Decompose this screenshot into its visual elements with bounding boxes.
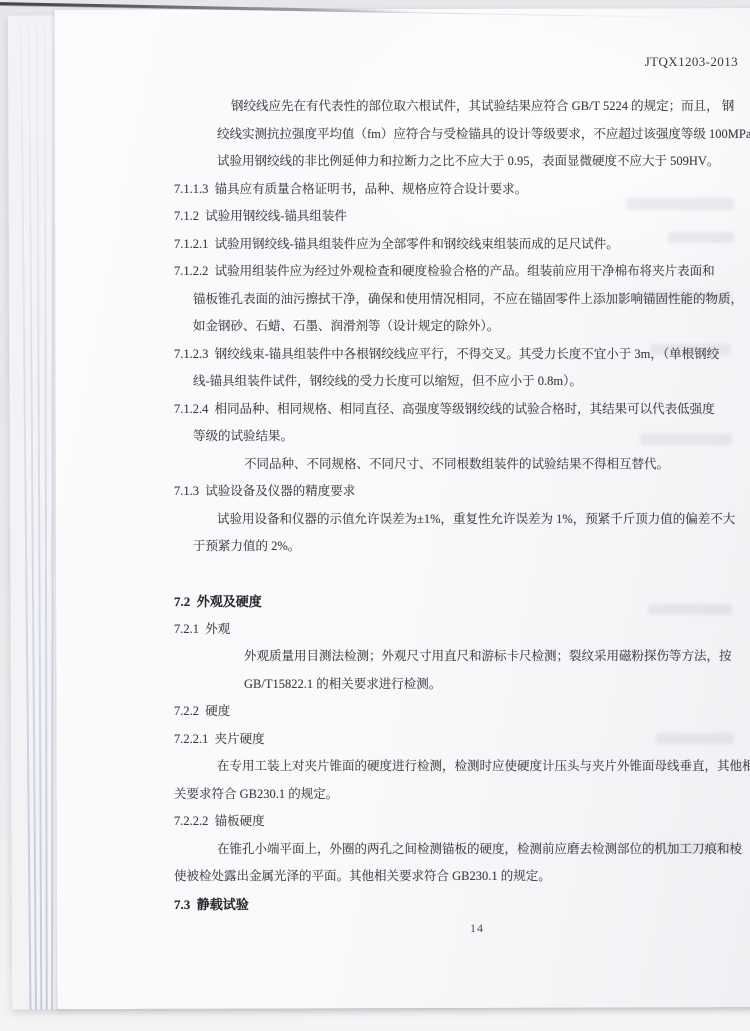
text-line: 等级的试验结果。 [174,423,750,451]
text-line: 7.1.2.3 钢绞线束-锚具组装件中各根钢绞线应平行，不得交叉。其受力长度不宜… [174,341,750,369]
text-line: 7.1.2 试验用钢绞线-锚具组装件 [174,203,750,231]
text-line: 7.2 外观及硬度 [174,588,750,616]
text-line: 7.1.1.3 锚具应有质量合格证明书，品种、规格应符合设计要求。 [174,176,750,204]
text-line: 钢绞线应先在有代表性的部位取六根试件，其试验结果应符合 GB/T 5224 的规… [174,93,750,121]
scanned-page-scene: JTQX1203-2013 钢绞线应先在有代表性的部位取六根试件，其试验结果应符… [0,0,750,1031]
text-line: 线-锚具组装件试件，钢绞线的受力长度可以缩短，但不应小于 0.8m）。 [174,368,750,396]
text-line: 7.2.2.1 夹片硬度 [174,726,750,754]
text-line: 试验用钢绞线的非比例延伸力和拉断力之比不应大于 0.95，表面显微硬度不应大于 … [174,148,750,176]
text-line: 使被检处露出金属光泽的平面。其他相关要求符合 GB230.1 的规定。 [174,863,750,891]
text-line: 如金钢砂、石蜡、石墨、润滑剂等（设计规定的除外）。 [174,313,750,341]
document-body: 钢绞线应先在有代表性的部位取六根试件，其试验结果应符合 GB/T 5224 的规… [174,93,750,918]
text-line: 在专用工装上对夹片锥面的硬度进行检测，检测时应使硬度计压头与夹片外锥面母线垂直，… [174,753,750,781]
text-line: 绞线实测抗拉强度平均值（fm）应符合与受检锚具的设计等级要求，不应超过该强度等级… [174,121,750,149]
text-line: 7.1.3 试验设备及仪器的精度要求 [174,478,750,506]
text-line: 7.2.1 外观 [174,616,750,644]
text-line: 7.1.2.2 试验用组装件应为经过外观检查和硬度检验合格的产品。组装前应用干净… [174,258,750,286]
document-header-code: JTQX1203-2013 [0,54,738,70]
text-line: 7.2.2.2 锚板硬度 [174,808,750,836]
text-line: 不同品种、不同规格、不同尺寸、不同根数组装件的试验结果不得相互替代。 [174,451,750,479]
text-line: 于预紧力值的 2%。 [174,533,750,561]
text-line: 7.2.2 硬度 [174,698,750,726]
text-line: 锚板锥孔表面的油污擦拭干净，确保和使用情况相同，不应在锚固零件上添加影响锚固性能… [174,286,750,314]
text-line: 试验用设备和仪器的示值允许误差为±1%，重复性允许误差为 1%，预紧千斤顶力值的… [174,506,750,534]
text-line: 在锥孔小端平面上，外圈的两孔之间检测锚板的硬度，检测前应磨去检测部位的机加工刀痕… [174,836,750,864]
text-line: 7.1.2.4 相同品种、相同规格、相同直径、高强度等级钢绞线的试验合格时，其结… [174,396,750,424]
text-line: 外观质量用目测法检测；外观尺寸用直尺和游标卡尺检测；裂纹采用磁粉探伤等方法，按 [174,643,750,671]
page-number: 14 [452,921,502,936]
text-line: 7.1.2.1 试验用钢绞线-锚具组装件应为全部零件和钢绞线束组装而成的足尺试件… [174,231,750,259]
text-line: GB/T15822.1 的相关要求进行检测。 [174,671,750,699]
text-line: 7.3 静载试验 [174,891,750,919]
text-line: 关要求符合 GB230.1 的规定。 [174,781,750,809]
